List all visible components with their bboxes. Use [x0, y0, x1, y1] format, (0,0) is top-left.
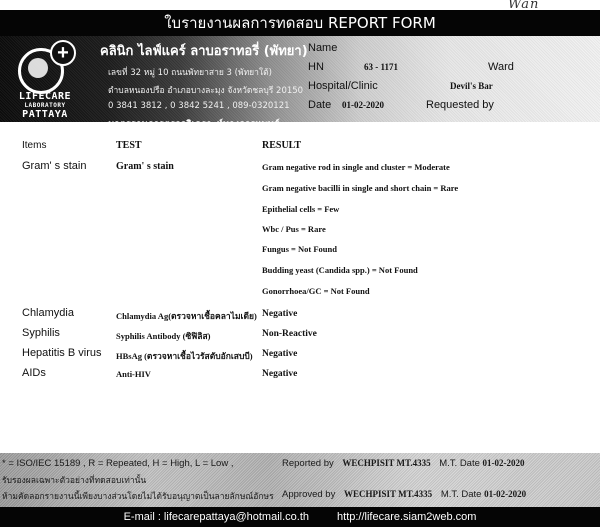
- item-name: Hepatitis B virus: [22, 347, 101, 359]
- clinic-phone: 0 3841 3812 , 0 3842 5241 , 089-0320121: [100, 101, 300, 111]
- item-name: Chlamydia: [22, 307, 74, 319]
- report-footer: * = ISO/IEC 15189 , R = Repeated, H = Hi…: [0, 453, 600, 507]
- result-value: Negative: [262, 349, 297, 359]
- table-row: Syphilis Syphilis Antibody (ซิฟิลิส) Non…: [0, 328, 600, 344]
- results-table-header: Items TEST RESULT: [0, 140, 600, 156]
- hospital-label: Hospital/Clinic: [308, 80, 378, 92]
- mt-date-label: M.T. Date: [441, 489, 482, 500]
- item-name: Syphilis: [22, 327, 60, 339]
- date-value: 01-02-2020: [342, 100, 384, 110]
- hn-value: 63 - 1171: [364, 62, 398, 72]
- contact-bar: E-mail : lifecarepattaya@hotmail.co.th h…: [0, 507, 600, 527]
- report-title-bar: ใบรายงานผลการทดสอบ REPORT FORM: [0, 10, 600, 36]
- result-header: RESULT: [262, 140, 301, 151]
- ward-label: Ward: [488, 61, 514, 73]
- patient-info: Name HN 63 - 1171 Ward Hospital/Clinic D…: [308, 42, 598, 118]
- contact-email: E-mail : lifecarepattaya@hotmail.co.th: [124, 511, 309, 523]
- test-name: Chlamydia Ag(ตรวจหาเชื้อคลาไมเดีย): [116, 309, 257, 323]
- table-row: Hepatitis B virus HBsAg (ตรวจหาเชื้อไวรั…: [0, 348, 600, 364]
- logo-text: LIFECARE LABORATORY PATTAYA: [14, 92, 76, 119]
- hospital-value: Devil's Bar: [450, 81, 493, 91]
- gram-result: Fungus = Not Found: [262, 244, 337, 254]
- item-name: Gram' s stain: [22, 160, 86, 172]
- certification-note: รับรองผลเฉพาะตัวอย่างที่ทดสอบเท่านั้น: [2, 473, 146, 487]
- hn-row: HN 63 - 1171 Ward: [308, 61, 598, 80]
- result-value: Negative: [262, 309, 297, 319]
- result-value: Negative: [262, 369, 297, 379]
- reported-by-label: Reported by: [282, 458, 334, 469]
- logo-line1: LIFECARE: [14, 92, 76, 101]
- date-label: Date: [308, 99, 331, 111]
- gram-result: Epithelial cells = Few: [262, 204, 339, 214]
- reported-by: Reported by WECHPISIT MT.4335 M.T. Date …: [282, 458, 525, 469]
- lifecare-logo: + LIFECARE LABORATORY PATTAYA: [6, 38, 96, 120]
- approved-by-label: Approved by: [282, 489, 335, 500]
- test-header: TEST: [116, 140, 142, 151]
- logo-line3: PATTAYA: [14, 110, 76, 119]
- gram-result: Gonorrhoea/GC = Not Found: [262, 286, 370, 296]
- test-name: Anti-HIV: [116, 369, 151, 379]
- gram-result: Wbc / Pus = Rare: [262, 224, 326, 234]
- reported-date: 01-02-2020: [483, 458, 525, 468]
- report-title: ใบรายงานผลการทดสอบ REPORT FORM: [164, 11, 436, 35]
- gram-stain-row: Gram' s stain Gram' s stain Gram negativ…: [0, 161, 600, 177]
- clinic-address-2: ตำบลหนองปรือ อำเภอบางละมุง จังหวัดชลบุรี…: [100, 83, 300, 97]
- patient-name-row: Name: [308, 42, 598, 61]
- items-header: Items: [22, 140, 46, 151]
- medical-plus-icon: +: [50, 40, 76, 66]
- clinic-info: คลินิก ไลฟ์แคร์ ลาบอราทอรี่ (พัทยา) เลขท…: [100, 40, 300, 132]
- table-row: AIDs Anti-HIV Negative: [0, 368, 600, 384]
- lab-header: + LIFECARE LABORATORY PATTAYA คลินิก ไลฟ…: [0, 36, 600, 122]
- approved-by-name: WECHPISIT MT.4335: [344, 489, 432, 499]
- gram-result: Gram negative bacilli in single and shor…: [262, 183, 458, 193]
- item-name: AIDs: [22, 367, 46, 379]
- result-value: Non-Reactive: [262, 329, 317, 339]
- mt-date-label: M.T. Date: [439, 458, 480, 469]
- requested-by-label: Requested by: [426, 99, 494, 111]
- name-label: Name: [308, 42, 337, 54]
- date-row: Date 01-02-2020 Requested by: [308, 99, 598, 118]
- clinic-address-1: เลขที่ 32 หมู่ 10 ถนนพัทยาสาย 3 (พัทยาใต…: [100, 65, 300, 79]
- table-row: Chlamydia Chlamydia Ag(ตรวจหาเชื้อคลาไมเ…: [0, 308, 600, 324]
- test-name: HBsAg (ตรวจหาเชื้อไวรัสตับอักเสบบี): [116, 349, 253, 363]
- test-name: Gram' s stain: [116, 161, 174, 172]
- approved-date: 01-02-2020: [484, 489, 526, 499]
- hospital-row: Hospital/Clinic Devil's Bar: [308, 80, 598, 99]
- approved-by: Approved by WECHPISIT MT.4335 M.T. Date …: [282, 489, 526, 500]
- copy-restriction-note: ห้ามคัดลอกรายงานนี้เพียงบางส่วนโดยไม่ได้…: [2, 489, 274, 503]
- reported-by-name: WECHPISIT MT.4335: [342, 458, 430, 468]
- test-name: Syphilis Antibody (ซิฟิลิส): [116, 329, 210, 343]
- gram-result: Gram negative rod in single and cluster …: [262, 162, 450, 172]
- clinic-name: คลินิก ไลฟ์แคร์ ลาบอราทอรี่ (พัทยา): [100, 40, 300, 61]
- legend-text: * = ISO/IEC 15189 , R = Repeated, H = Hi…: [2, 458, 233, 469]
- contact-website: http://lifecare.siam2web.com: [337, 511, 476, 523]
- gram-result: Budding yeast (Candida spp.) = Not Found: [262, 265, 418, 275]
- clinic-standard: มาตรฐานการตรวจวิเคราะห์ทางการแพทย์: [100, 117, 300, 132]
- hn-label: HN: [308, 61, 324, 73]
